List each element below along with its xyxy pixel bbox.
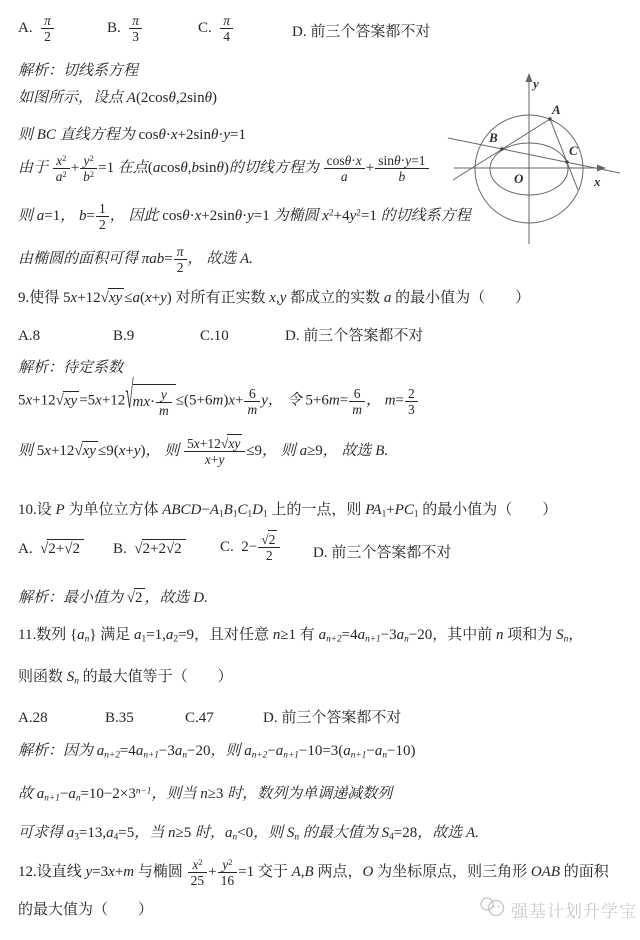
math-text: C.47 xyxy=(185,710,214,726)
math-text: θ xyxy=(394,153,401,168)
fraction: π4 xyxy=(220,13,233,44)
math-text: ≤9 xyxy=(246,443,262,459)
cjk-text: 则 xyxy=(18,127,37,143)
math-text: O xyxy=(362,864,373,880)
q11-sol-line-3: 可求得 a3=13,a4=5，当 n≥5 时，an<0，则 Sn 的最大值为 S… xyxy=(18,824,479,844)
math-text: x xyxy=(95,393,102,409)
cjk-text: 解析：待定系数 xyxy=(18,360,123,376)
math-text: y xyxy=(261,393,268,409)
y-axis-label: y xyxy=(531,76,539,91)
math-text: = xyxy=(396,393,404,409)
math-text: y xyxy=(247,208,254,224)
math-text: 3 xyxy=(408,402,415,417)
radical: √xy xyxy=(56,391,80,409)
math-text: a xyxy=(341,169,348,184)
math-text: a xyxy=(132,290,140,306)
fraction: π3 xyxy=(129,13,142,44)
math-text: y xyxy=(218,452,224,467)
fraction: x2a2 xyxy=(53,153,70,184)
math-text: A. xyxy=(18,541,40,557)
math-text: x xyxy=(269,290,276,306)
cjk-text: 有 xyxy=(300,627,319,643)
math-text: =1, xyxy=(146,627,166,643)
math-text: 12. xyxy=(18,864,37,880)
math-text: 2+ xyxy=(48,541,64,557)
radical: √2+√2 xyxy=(40,539,84,557)
cjk-text: 项和为 xyxy=(504,627,557,643)
cjk-text: 由于 xyxy=(18,160,52,176)
cjk-text: 解析：最小值为 xyxy=(18,590,127,606)
math-text: a xyxy=(56,169,63,184)
math-text: π xyxy=(177,244,184,259)
math-text: (2cos xyxy=(136,90,169,106)
math-text: 5+6 xyxy=(305,393,328,409)
math-text: =3 xyxy=(92,864,108,880)
math-text: x xyxy=(171,127,178,143)
point-c-label: C xyxy=(569,143,578,158)
math-text: B.9 xyxy=(113,328,134,344)
cjk-text: 都成立的实数 xyxy=(286,290,384,306)
cjk-text: 前三个答案都不对 xyxy=(303,328,423,344)
cjk-text: 则 xyxy=(18,443,37,459)
math-text: −10=3( xyxy=(299,743,343,759)
math-text: 2 xyxy=(73,541,81,557)
math-text: +4 xyxy=(334,208,350,224)
math-text: 2 xyxy=(63,170,67,179)
q9-sol-line-2: 则 5x+12√xy≤9(x+y)， 则 5x+12√xyx+y≤9， 则 a≥… xyxy=(18,436,388,467)
math-text: C.10 xyxy=(200,328,229,344)
math-text: = xyxy=(164,251,172,267)
cjk-text: 前三个答案都不对 xyxy=(331,545,451,561)
q8-sol-line-2: 则 BC 直线方程为 cosθ·x+2sinθ·y=1 xyxy=(18,126,246,146)
math-text: +12 xyxy=(77,290,100,306)
math-text: B xyxy=(224,502,233,518)
math-text: m xyxy=(212,393,223,409)
math-text: =4 xyxy=(120,743,136,759)
math-text: +2sin xyxy=(201,208,234,224)
q8-option-b: B. π3 xyxy=(107,13,143,44)
math-text: n+2 xyxy=(104,751,120,761)
math-text: sin xyxy=(199,160,217,176)
cjk-text: 为坐标原点，则三角形 xyxy=(373,864,531,880)
radical: √2 xyxy=(127,588,145,606)
math-text: 2 xyxy=(90,154,94,163)
point-c-dot xyxy=(565,160,568,163)
cjk-text: 设直线 xyxy=(37,864,86,880)
cjk-text: 的最小值为（ ） xyxy=(391,290,530,306)
math-text: D xyxy=(252,502,263,518)
math-text: n xyxy=(200,786,208,802)
math-text: =1 xyxy=(98,160,118,176)
cjk-text: 与椭圆 xyxy=(134,864,187,880)
math-text: C. 2− xyxy=(220,539,257,555)
cjk-text: 的面积 xyxy=(560,864,609,880)
cjk-text: 解析：切线系方程 xyxy=(18,63,138,79)
fraction: √22 xyxy=(258,532,280,563)
math-text: θ xyxy=(168,90,175,106)
q9-option-b: B.9 xyxy=(113,327,134,347)
cjk-text: ， 因此 xyxy=(110,208,163,224)
point-a-dot xyxy=(548,117,551,120)
q8-solution-method: 解析：切线系方程 xyxy=(18,62,138,82)
math-text: cos xyxy=(327,153,345,168)
math-text: =4 xyxy=(342,627,358,643)
cjk-text: ， xyxy=(60,208,79,224)
cjk-text: 满足 xyxy=(100,627,134,643)
cjk-text: 的最小值为（ ） xyxy=(419,502,558,518)
cjk-text: ， xyxy=(568,627,583,643)
math-text: a xyxy=(300,443,308,459)
math-text: PC xyxy=(395,502,414,518)
math-text: 16 xyxy=(221,873,235,888)
math-text: D. xyxy=(292,24,310,40)
point-b-dot xyxy=(500,147,503,150)
math-text: n+1 xyxy=(143,751,159,761)
math-text: ABCD xyxy=(162,502,201,518)
q8-sol-line-5: 由椭圆的面积可得 πab=π2， 故选 A. xyxy=(18,244,253,275)
math-text: =28 xyxy=(394,825,417,841)
q11-option-c: C.47 xyxy=(185,709,214,729)
cjk-text: ，且对任意 xyxy=(194,627,273,643)
cjk-text: 为椭圆 xyxy=(274,208,323,224)
math-text: B. xyxy=(107,20,128,36)
math-text: D. xyxy=(313,545,331,561)
math-text: −20 xyxy=(187,743,210,759)
math-text: · xyxy=(150,394,155,410)
math-text: 3 xyxy=(132,29,139,44)
math-text: 2 xyxy=(135,590,143,606)
q8-option-c: C. π4 xyxy=(198,13,234,44)
x-axis-arrow xyxy=(597,165,606,172)
math-text: y xyxy=(161,387,167,402)
fraction: cosθ·xa xyxy=(324,153,365,184)
q10-stem: 10.设 P 为单位立方体 ABCD−A1B1C1D1 上的一点，则 PA1+P… xyxy=(18,501,557,521)
math-text: 6 xyxy=(249,386,256,401)
math-text: b xyxy=(399,169,406,184)
q8-sol-line-3: 由于 x2a2+y2b2=1 在点(acosθ,bsinθ)的切线方程为 cos… xyxy=(18,153,430,184)
cjk-text: 交于 xyxy=(258,864,292,880)
math-text: +2sin xyxy=(178,127,211,143)
math-text: 6 xyxy=(354,386,361,401)
math-text: mx xyxy=(133,394,151,410)
radical: √mx·ym xyxy=(125,393,175,409)
cjk-text: ，其中前 xyxy=(432,627,496,643)
math-text: =9 xyxy=(178,627,194,643)
q9-option-d: D. 前三个答案都不对 xyxy=(285,327,423,347)
cjk-text: ， 故选 A. xyxy=(188,251,253,267)
math-text: − xyxy=(267,743,275,759)
math-text: y xyxy=(223,127,230,143)
math-text: x xyxy=(322,208,329,224)
math-text: 2 xyxy=(266,548,273,563)
math-text: x xyxy=(44,443,51,459)
fraction: x225 xyxy=(188,857,208,888)
q8-sol-line-1: 如图所示，设点 A(2cosθ,2sinθ) xyxy=(18,89,217,109)
watermark-logo-icon xyxy=(479,895,507,924)
math-text: xy xyxy=(64,393,77,409)
math-text: 2 xyxy=(62,154,66,163)
math-text: =10−2×3 xyxy=(80,786,135,802)
math-text: n+2 xyxy=(326,635,342,645)
math-text: θ xyxy=(216,160,223,176)
math-text: + xyxy=(366,160,374,176)
cjk-text: 两点， xyxy=(314,864,363,880)
math-text: 2 xyxy=(408,386,415,401)
q9-option-a: A.8 xyxy=(18,327,40,347)
radical: √2 xyxy=(64,539,82,557)
fraction: 6m xyxy=(349,386,365,417)
math-text: OAB xyxy=(531,864,560,880)
math-text: ≤9( xyxy=(98,443,119,459)
math-text: =1 xyxy=(254,208,274,224)
math-text: 2 xyxy=(99,217,106,232)
math-text: x xyxy=(145,290,152,306)
q8-option-d: D. 前三个答案都不对 xyxy=(292,23,430,43)
math-text: m xyxy=(329,393,340,409)
math-text: 2 xyxy=(228,858,232,867)
math-text: xy xyxy=(109,290,122,306)
q10-option-a: A. √2+√2 xyxy=(18,540,84,560)
math-text: a xyxy=(244,743,252,759)
math-text: y xyxy=(160,290,167,306)
cjk-text: ，故选 A. xyxy=(417,825,479,841)
cjk-text: ， 则 xyxy=(146,443,184,459)
document-page: A B C O x y 强基计划升学宝 A. π2B. π3 xyxy=(0,0,640,940)
math-text: n xyxy=(168,825,176,841)
math-text: <0 xyxy=(237,825,253,841)
math-text: } xyxy=(89,627,100,643)
math-text: −3 xyxy=(381,627,397,643)
cjk-text: 解析：因为 xyxy=(18,743,97,759)
math-text: xy xyxy=(228,436,240,451)
math-text: C. xyxy=(198,20,219,36)
math-text: xy xyxy=(83,443,96,459)
fraction: 6m xyxy=(244,386,260,417)
math-text: n+1 xyxy=(351,751,367,761)
q10-option-d: D. 前三个答案都不对 xyxy=(313,544,451,564)
fraction: 23 xyxy=(405,386,418,417)
point-a-label: A xyxy=(551,102,561,117)
math-text: 9. xyxy=(18,290,29,306)
math-text: a xyxy=(68,786,76,802)
cjk-text: ， 则 xyxy=(262,443,300,459)
math-text: 2 xyxy=(44,29,51,44)
math-text: =5 xyxy=(79,393,95,409)
math-text: ≥9 xyxy=(307,443,323,459)
math-text: − xyxy=(366,743,374,759)
cjk-text: 的最大值等于（ ） xyxy=(79,669,233,685)
math-text: A.28 xyxy=(18,710,48,726)
math-text: 11. xyxy=(18,627,36,643)
math-text: ≥3 xyxy=(208,786,224,802)
math-text: A xyxy=(210,502,219,518)
math-text: n xyxy=(496,627,504,643)
math-text: m xyxy=(159,403,169,418)
fraction: y216 xyxy=(218,857,238,888)
q11-option-d: D. 前三个答案都不对 xyxy=(263,709,401,729)
math-text: S xyxy=(556,627,564,643)
math-text: a xyxy=(358,627,366,643)
q10-option-c: C. 2−√22 xyxy=(220,532,281,563)
q9-solution-method: 解析：待定系数 xyxy=(18,359,123,379)
math-text: BC xyxy=(37,127,56,143)
origin-label: O xyxy=(514,171,524,186)
math-text: m xyxy=(247,402,257,417)
math-text: sin xyxy=(378,153,394,168)
math-text: θ xyxy=(182,208,189,224)
math-text: m xyxy=(385,393,396,409)
math-text: A. xyxy=(18,20,40,36)
math-text: 1 xyxy=(99,201,106,216)
math-text: b xyxy=(79,208,87,224)
cjk-text: ，故选 D. xyxy=(145,590,208,606)
math-text: B.35 xyxy=(105,710,134,726)
q11-option-b: B.35 xyxy=(105,709,134,729)
math-text: + xyxy=(235,393,243,409)
math-text: =5 xyxy=(118,825,134,841)
math-text: ≤(5+6 xyxy=(176,393,213,409)
cjk-text: 时，数列为单调递减数列 xyxy=(223,786,392,802)
cjk-text: 的切线系方程 xyxy=(381,208,471,224)
fraction: y2b2 xyxy=(80,153,97,184)
math-text: a xyxy=(319,627,327,643)
math-text: n+1 xyxy=(44,794,60,804)
math-text: π xyxy=(132,13,139,28)
cjk-text: ，则当 xyxy=(151,786,200,802)
math-text: x xyxy=(356,153,362,168)
math-text: C xyxy=(238,502,248,518)
cjk-text: ，则 xyxy=(210,743,244,759)
math-text: 5 xyxy=(187,436,194,451)
math-text: =1 xyxy=(44,208,60,224)
math-text: D. xyxy=(285,328,303,344)
math-text: A xyxy=(292,864,301,880)
math-text: 2 xyxy=(177,260,184,275)
math-text: =1 xyxy=(411,153,425,168)
math-text: −3 xyxy=(159,743,175,759)
cjk-text: ，当 xyxy=(134,825,168,841)
math-text: − xyxy=(201,502,209,518)
cjk-text: 则函数 xyxy=(18,669,67,685)
radical: √2 xyxy=(261,530,277,547)
math-text: ≥1 xyxy=(280,627,299,643)
math-text: a xyxy=(77,627,85,643)
cjk-text: 时， xyxy=(191,825,225,841)
cjk-text: 故 xyxy=(18,786,37,802)
math-text: = xyxy=(340,393,348,409)
cjk-text: 上的一点，则 xyxy=(268,502,366,518)
math-text: +12 xyxy=(102,393,125,409)
math-text: + xyxy=(71,160,79,176)
q9-option-c: C.10 xyxy=(200,327,229,347)
math-text: n+1 xyxy=(365,635,381,645)
cjk-text: 为单位立方体 xyxy=(65,502,163,518)
cjk-text: 在点 xyxy=(118,160,148,176)
q11-stem-line-1: 11.数列 {an} 满足 a1=1,a2=9，且对任意 n≥1 有 an+2=… xyxy=(18,626,583,646)
math-text: 2 xyxy=(269,532,276,547)
math-text: 5 xyxy=(18,393,26,409)
q11-sol-line-2: 故 an+1−an=10−2×3n−1，则当 n≥3 时，数列为单调递减数列 xyxy=(18,785,392,805)
watermark-text: 强基计划升学宝 xyxy=(511,897,637,922)
math-text: =1 xyxy=(238,864,258,880)
math-text: 2 xyxy=(174,541,182,557)
math-text: π xyxy=(223,13,230,28)
math-text: A.8 xyxy=(18,328,40,344)
math-text: cos xyxy=(160,160,180,176)
fraction: 12 xyxy=(96,201,109,232)
math-text: 5 xyxy=(63,290,71,306)
q11-stem-line-2: 则函数 Sn 的最大值等于（ ） xyxy=(18,668,233,688)
math-text: θ xyxy=(205,90,212,106)
cjk-text: 则 xyxy=(18,208,37,224)
math-text: b xyxy=(83,169,90,184)
math-text: +12 xyxy=(200,436,221,451)
math-text: n−1 xyxy=(136,786,152,796)
math-text: −20 xyxy=(409,627,432,643)
point-b-label: B xyxy=(488,130,498,145)
x-axis-label: x xyxy=(593,174,601,189)
math-text: PA xyxy=(365,502,381,518)
math-text: θ xyxy=(158,127,165,143)
math-text: =1 xyxy=(361,208,381,224)
math-text: +12 xyxy=(51,443,74,459)
math-text: P xyxy=(56,502,65,518)
cjk-text: 可求得 xyxy=(18,825,67,841)
cjk-text: 使得 xyxy=(29,290,63,306)
q11-sol-line-1: 解析：因为 an+2=4an+1−3an−20，则 an+2−an+1−10=3… xyxy=(18,742,415,762)
y-axis-arrow xyxy=(526,73,533,82)
q11-option-a: A.28 xyxy=(18,709,48,729)
q12-stem-line-1: 12.设直线 y=3x+m 与椭圆 x225+y216=1 交于 A,B 两点，… xyxy=(18,857,609,888)
cjk-text: 的最大值为 xyxy=(299,825,382,841)
q9-stem: 9.使得 5x+12√xy≤a(x+y) 对所有正实数 x,y 都成立的实数 a… xyxy=(18,289,530,309)
cjk-text: 数列 xyxy=(36,627,70,643)
q9-sol-line-1: 5x+12√xy=5x+12√mx·ym≤(5+6m)x+6my， 令 5+6m… xyxy=(18,384,419,418)
math-text: cos xyxy=(138,127,158,143)
math-text: + xyxy=(125,443,133,459)
math-text: = xyxy=(87,208,95,224)
cjk-text: 的切线方程为 xyxy=(229,160,323,176)
math-text: B xyxy=(305,864,314,880)
math-text: +12 xyxy=(32,393,55,409)
math-text: 4 xyxy=(223,29,230,44)
math-text: x xyxy=(108,864,115,880)
watermark: 强基计划升学宝 xyxy=(479,895,637,924)
math-text: −10) xyxy=(387,743,415,759)
math-text: + xyxy=(386,502,394,518)
radical: √2 xyxy=(166,539,184,557)
math-text: θ xyxy=(180,160,187,176)
math-text: + xyxy=(152,290,160,306)
math-text: 2 xyxy=(198,858,202,867)
math-text: y xyxy=(134,443,141,459)
fraction: ym xyxy=(156,387,172,418)
math-text: m xyxy=(352,402,362,417)
math-text: ≥5 xyxy=(176,825,192,841)
math-text: a xyxy=(225,825,233,841)
math-text: πab xyxy=(142,251,165,267)
fraction: sinθ·y=1b xyxy=(375,153,428,184)
q10-option-b: B. √2+2√2 xyxy=(113,540,186,560)
cjk-text: ， 令 xyxy=(268,393,306,409)
math-text: 2+2 xyxy=(143,541,166,557)
math-text: =13, xyxy=(79,825,106,841)
math-text: =1 xyxy=(230,127,246,143)
math-text: ,2sin xyxy=(176,90,205,106)
math-text: 2 xyxy=(90,170,94,179)
radical: √xy xyxy=(74,441,98,459)
math-text: A xyxy=(127,90,136,106)
